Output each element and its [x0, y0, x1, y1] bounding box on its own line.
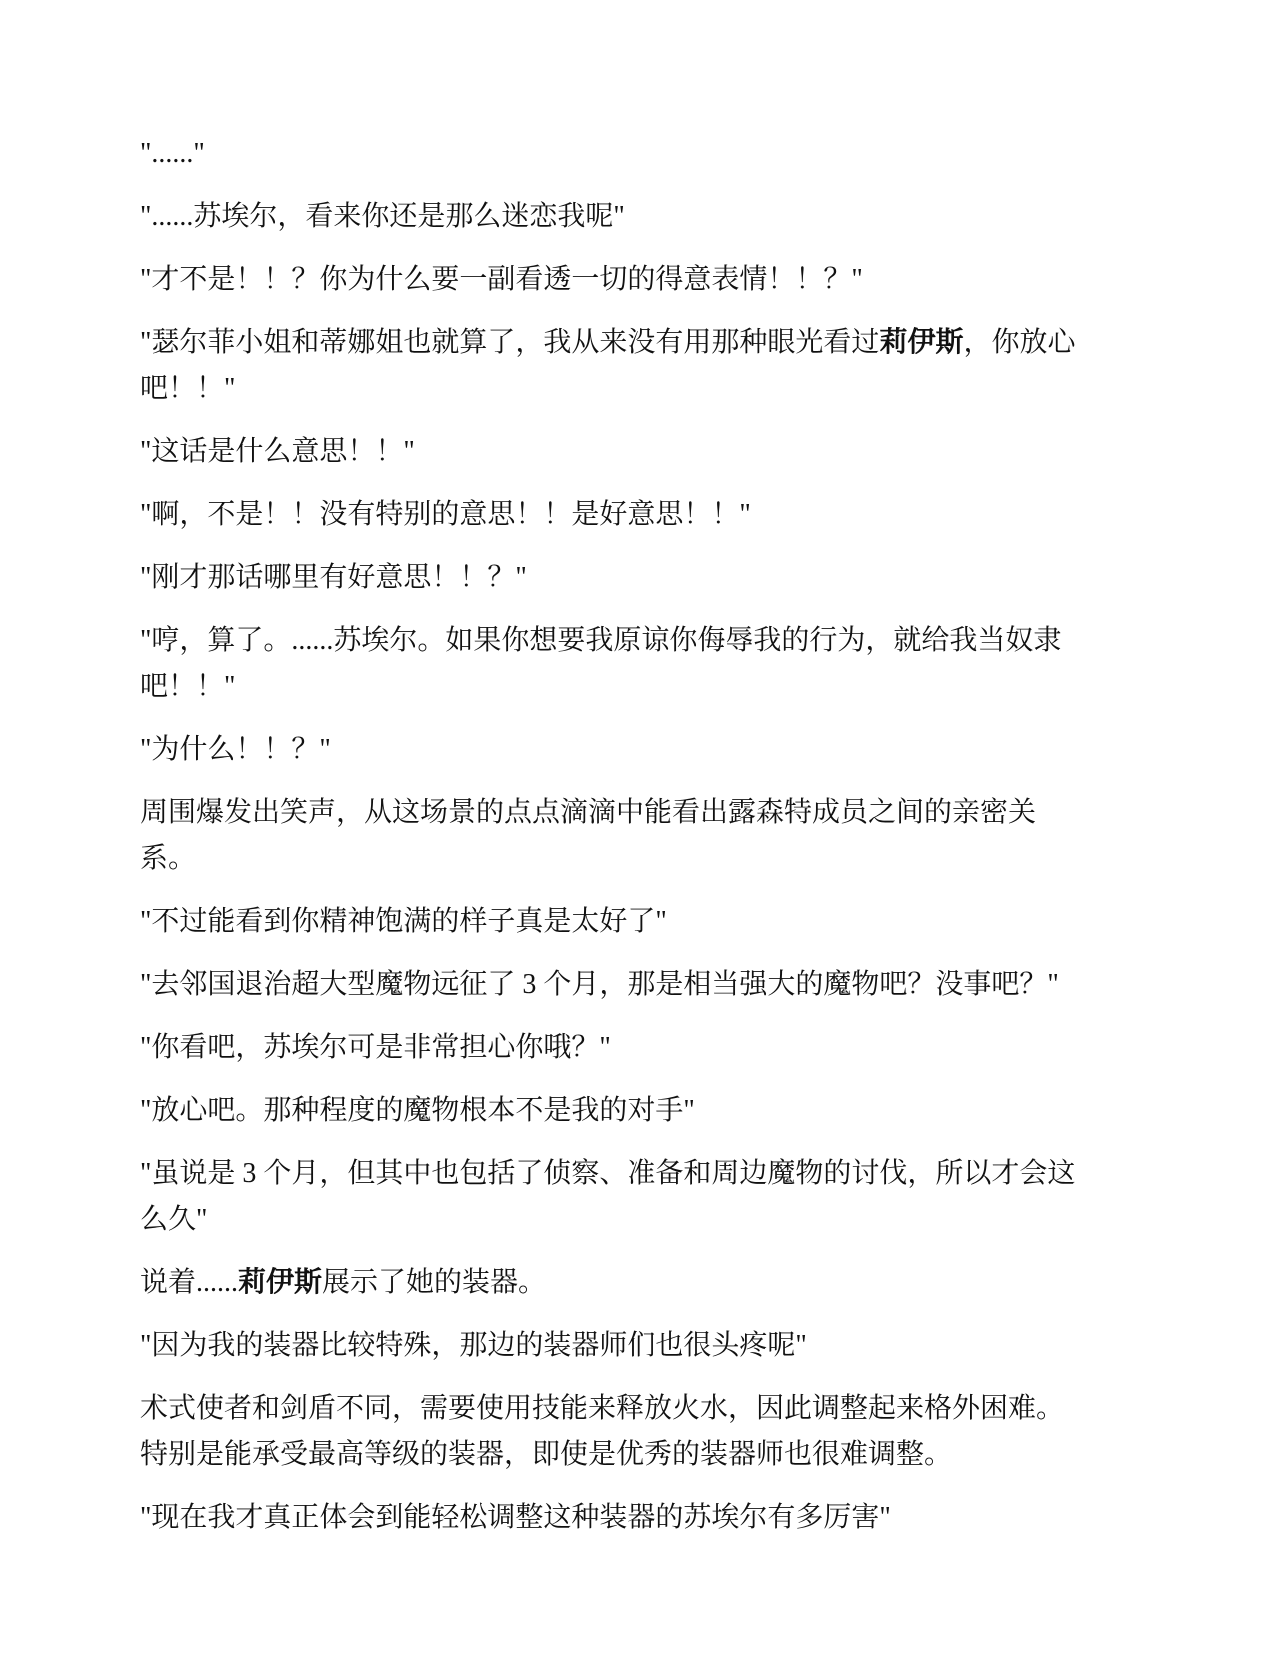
paragraph: "因为我的装器比较特殊，那边的装器师们也很头疼呢" — [140, 1323, 1085, 1369]
narration-text: 术式使者和剑盾不同，需要使用技能来释放火水，因此调整起来格外困难。特别是能承受最… — [140, 1393, 1064, 1470]
paragraph: "你看吧，苏埃尔可是非常担心你哦？" — [140, 1025, 1085, 1071]
paragraph: "......" — [140, 131, 1085, 177]
dialogue-text: "虽说是 3 个月，但其中也包括了侦察、准备和周边魔物的讨伐，所以才会这么久" — [140, 1158, 1075, 1235]
dialogue-text: "你看吧，苏埃尔可是非常担心你哦？" — [140, 1032, 611, 1063]
dialogue-text: "去邻国退治超大型魔物远征了 3 个月，那是相当强大的魔物吧？没事吧？" — [140, 969, 1059, 1000]
paragraph: "不过能看到你精神饱满的样子真是太好了" — [140, 899, 1085, 945]
document-page: "......" "......苏埃尔，看来你还是那么迷恋我呢" "才不是！！？… — [0, 0, 1280, 1656]
dialogue-text: "因为我的装器比较特殊，那边的装器师们也很头疼呢" — [140, 1330, 807, 1361]
narration-text: 周围爆发出笑声，从这场景的点点滴滴中能看出露森特成员之间的亲密关系。 — [140, 797, 1036, 874]
paragraph: 说着......莉伊斯展示了她的装器。 — [140, 1260, 1085, 1306]
dialogue-text: "......苏埃尔，看来你还是那么迷恋我呢" — [140, 201, 625, 232]
dialogue-text: "放心吧。那种程度的魔物根本不是我的对手" — [140, 1095, 695, 1126]
paragraph: "这话是什么意思！！" — [140, 429, 1085, 475]
paragraph: "瑟尔菲小姐和蒂娜姐也就算了，我从来没有用那种眼光看过莉伊斯，你放心吧！！" — [140, 320, 1085, 412]
paragraph: "啊，不是！！没有特别的意思！！是好意思！！" — [140, 492, 1085, 538]
character-name: 莉伊斯 — [238, 1267, 322, 1298]
dialogue-text: "才不是！！？你为什么要一副看透一切的得意表情！！？" — [140, 264, 863, 295]
paragraph: "......苏埃尔，看来你还是那么迷恋我呢" — [140, 194, 1085, 240]
novel-text-body: "......" "......苏埃尔，看来你还是那么迷恋我呢" "才不是！！？… — [140, 131, 1085, 1541]
narration-text: 展示了她的装器。 — [322, 1267, 546, 1298]
narration-text: 说着...... — [140, 1267, 238, 1298]
paragraph: "去邻国退治超大型魔物远征了 3 个月，那是相当强大的魔物吧？没事吧？" — [140, 962, 1085, 1008]
paragraph: "现在我才真正体会到能轻松调整这种装器的苏埃尔有多厉害" — [140, 1495, 1085, 1541]
paragraph: "放心吧。那种程度的魔物根本不是我的对手" — [140, 1088, 1085, 1134]
dialogue-text: "刚才那话哪里有好意思！！？" — [140, 562, 527, 593]
paragraph: "为什么！！？" — [140, 727, 1085, 773]
paragraph: 周围爆发出笑声，从这场景的点点滴滴中能看出露森特成员之间的亲密关系。 — [140, 790, 1085, 882]
paragraph: "虽说是 3 个月，但其中也包括了侦察、准备和周边魔物的讨伐，所以才会这么久" — [140, 1151, 1085, 1243]
dialogue-text: "不过能看到你精神饱满的样子真是太好了" — [140, 906, 667, 937]
paragraph: "哼，算了。......苏埃尔。如果你想要我原谅你侮辱我的行为，就给我当奴隶吧！… — [140, 618, 1085, 710]
dialogue-text: "为什么！！？" — [140, 734, 331, 765]
dialogue-text: "哼，算了。......苏埃尔。如果你想要我原谅你侮辱我的行为，就给我当奴隶吧！… — [140, 625, 1061, 702]
dialogue-text: "瑟尔菲小姐和蒂娜姐也就算了，我从来没有用那种眼光看过 — [140, 327, 879, 358]
paragraph: "才不是！！？你为什么要一副看透一切的得意表情！！？" — [140, 257, 1085, 303]
dialogue-text: "现在我才真正体会到能轻松调整这种装器的苏埃尔有多厉害" — [140, 1502, 891, 1533]
paragraph: "刚才那话哪里有好意思！！？" — [140, 555, 1085, 601]
dialogue-text: "啊，不是！！没有特别的意思！！是好意思！！" — [140, 499, 751, 530]
dialogue-text: "......" — [140, 138, 205, 169]
dialogue-text: "这话是什么意思！！" — [140, 436, 415, 467]
character-name: 莉伊斯 — [879, 327, 963, 358]
paragraph: 术式使者和剑盾不同，需要使用技能来释放火水，因此调整起来格外困难。特别是能承受最… — [140, 1386, 1085, 1478]
